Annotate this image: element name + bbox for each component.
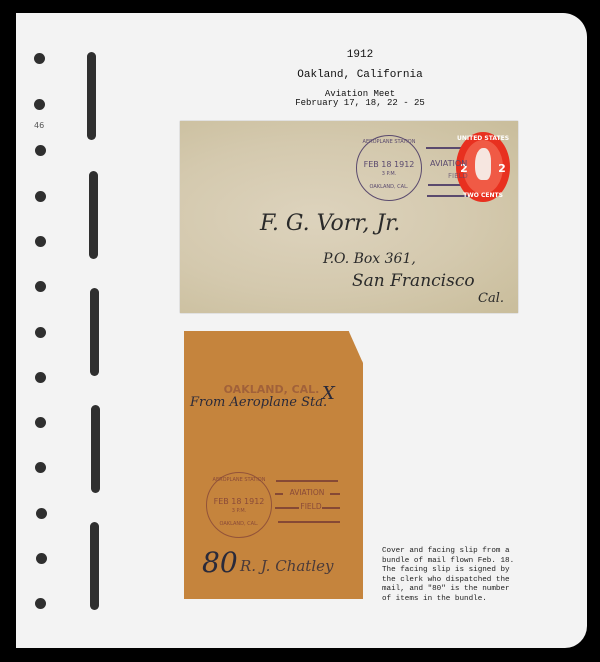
slip-postmark-bottom-text: OAKLAND, CAL. [206,521,272,527]
event-dates: February 17, 18, 22 - 25 [260,98,460,108]
binder-hole [36,553,47,564]
slip-killer-bar [276,480,338,482]
binder-hole [35,372,46,383]
address-po-box: P.O. Box 361, [323,251,416,267]
slip-killer-bar [330,493,340,495]
slip-killer-bar [275,507,299,509]
slip-mark: X [322,383,335,404]
killer-text-field: FIELD [448,172,488,180]
binder-hole [36,508,47,519]
binder-slot [87,52,96,140]
slip-killer-bar [322,507,340,509]
binder-hole [35,327,46,338]
binder-hole [34,99,45,110]
binder-hole [35,236,46,247]
binder-slot [89,171,98,259]
postmark-date: FEB 18 1912 [356,160,422,169]
envelope-cover: AEROPLANE STATION FEB 18 1912 3 P.M. OAK… [180,121,518,313]
binder-slot [90,522,99,610]
slip-item-count: 80 [202,546,238,579]
postmark-bottom-text: OAKLAND, CAL. [356,184,422,190]
stamp-bottom-text: TWO CENTS [456,192,510,199]
pencil-page-number: 46 [34,121,44,130]
binder-hole [35,462,46,473]
binder-slot [90,288,99,376]
slip-postmark-time: 3 P.M. [206,508,272,514]
slip-killer-text-field: FIELD [298,502,324,511]
slip-killer-bar [278,521,340,523]
postmark-top-text: AEROPLANE STATION [356,139,422,145]
stamp-top-text: UNITED STATES [456,135,510,142]
exhibit-caption: Cover and facing slip from a bundle of m… [382,547,532,604]
postmark-time: 3 P.M. [356,171,422,177]
killer-text-aviation: AVIATION [430,159,500,168]
slip-postmark-date: FEB 18 1912 [206,497,272,506]
page-year: 1912 [260,49,460,61]
facing-slip: OAKLAND, CAL. From Aeroplane Sta. X AERO… [184,331,363,599]
address-city: San Francisco [352,271,475,291]
slip-killer-text-aviation: AVIATION [284,488,330,497]
binder-hole [35,281,46,292]
binder-slot [91,405,100,493]
address-name: F. G. Vorr, Jr. [260,211,400,236]
slip-clerk-signature: R. J. Chatley [240,557,333,575]
binder-hole [35,145,46,156]
page-title: Oakland, California [260,69,460,81]
slip-origin: From Aeroplane Sta. [190,395,327,410]
binder-hole [34,53,45,64]
binder-hole [35,417,46,428]
binder-hole [35,598,46,609]
slip-postmark-top-text: AEROPLANE STATION [206,477,272,483]
slip-killer-bar [275,493,283,495]
address-state: Cal. [478,291,504,306]
binder-hole [35,191,46,202]
